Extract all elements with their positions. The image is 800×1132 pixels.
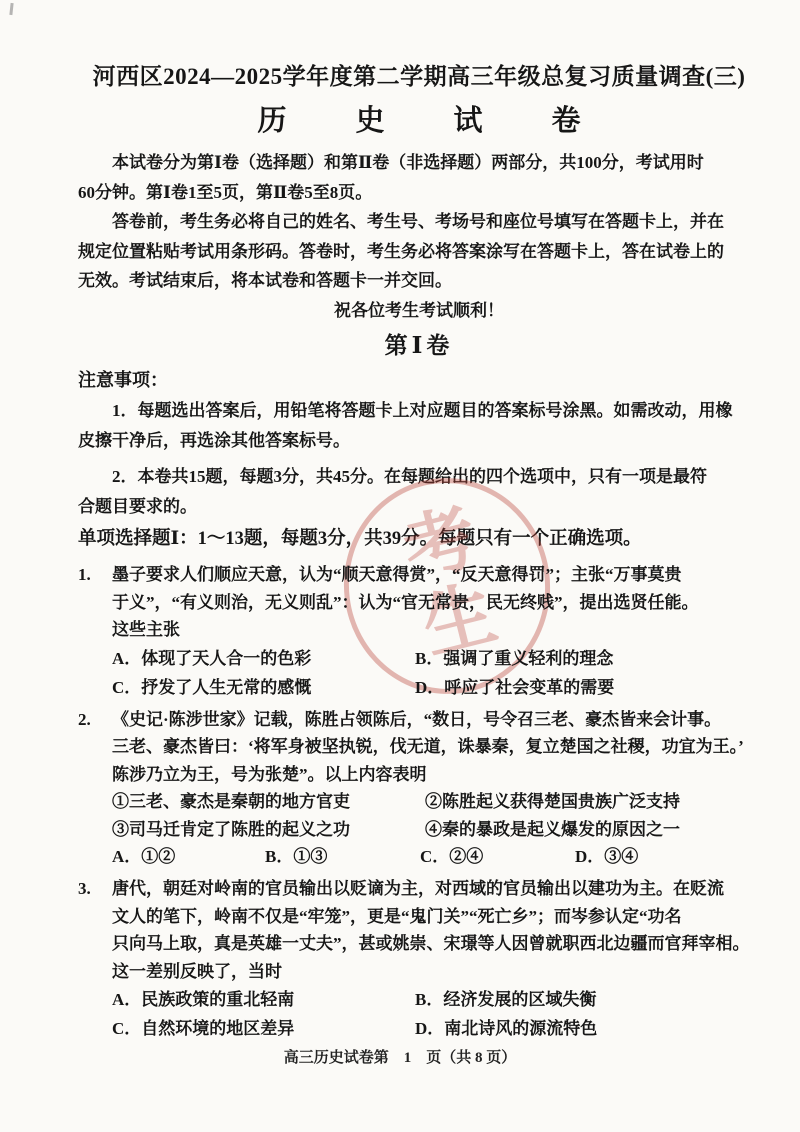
question-3: 3. 唐代，朝廷对岭南的官员输出以贬谪为主，对西域的官员输出以建功为主。在贬流 … [78,875,760,1043]
volume-one-heading: 第Ⅰ卷 [78,328,760,364]
note1-line1: 1．每题选出答案后，用铅笔将答题卡上对应题目的答案标号涂黑。如需改动，用橡 [78,396,760,426]
question-2-option-c: C．②④ [420,843,575,871]
exam-title: 河西区2024—2025学年度第二学期高三年级总复习质量调查(三) [78,58,760,91]
intro-paper-structure-line1: 本试卷分为第Ⅰ卷（选择题）和第Ⅱ卷（非选择题）两部分，共100分，考试用时 [78,148,760,178]
question-1-option-a: A．体现了天人合一的色彩 [112,644,415,673]
question-2-statement-2: ②陈胜起义获得楚国贵族广泛支持 [425,788,760,816]
question-1: 1. 墨子要求人们顺应天意，认为“顺天意得赏”，“反天意得罚”；主张“万事莫贵 … [78,561,760,702]
question-2-statement-1: ①三老、豪杰是秦朝的地方官吏 [112,788,425,816]
question-3-line1: 唐代，朝廷对岭南的官员输出以贬谪为主，对西域的官员输出以建功为主。在贬流 [112,875,760,903]
intro-instructions-line1: 答卷前，考生务必将自己的姓名、考生号、考场号和座位号填写在答题卡上，并在 [78,207,760,237]
question-1-line3: 这些主张 [112,616,760,644]
intro-instructions-line3: 无效。考试结束后，将本试卷和答题卡一并交回。 [78,266,760,296]
question-3-option-a: A．民族政策的重北轻南 [112,985,415,1014]
question-1-option-c: C．抒发了人生无常的感慨 [112,673,415,702]
notes-heading: 注意事项： [78,364,760,396]
note1-line2: 皮擦干净后，再选涂其他答案标号。 [78,426,760,456]
question-2: 2. 《史记·陈涉世家》记载，陈胜占领陈后，“数日，号令召三老、豪杰皆来会计事。… [78,706,760,872]
page-footer: 高三历史试卷第 1 页（共 8 页） [0,1046,800,1067]
question-2-line1: 《史记·陈涉世家》记载，陈胜占领陈后，“数日，号令召三老、豪杰皆来会计事。 [112,706,760,734]
question-3-line2: 文人的笔下，岭南不仅是“牢笼”，更是“鬼门关”“死亡乡”；而岑参认定“功名 [112,903,760,931]
question-3-option-b: B．经济发展的区域失衡 [415,985,760,1014]
question-1-line2: 于义”，“有义则治，无义则乱”：认为“官无常贵，民无终贱”，提出选贤任能。 [112,589,760,617]
question-1-option-b: B．强调了重义轻利的理念 [415,644,760,673]
question-2-statement-4: ④秦的暴政是起义爆发的原因之一 [425,816,760,844]
question-1-line1: 墨子要求人们顺应天意，认为“顺天意得赏”，“反天意得罚”；主张“万事莫贵 [112,561,760,589]
question-2-option-b: B．①③ [265,843,420,871]
question-2-number: 2. [78,706,91,734]
question-3-line4: 这一差别反映了，当时 [112,958,760,986]
exam-paper-page: 考生 河西区2024—2025学年度第二学期高三年级总复习质量调查(三) 历 史… [0,0,800,1132]
question-2-option-d: D．③④ [575,843,760,871]
question-3-option-c: C．自然环境的地区差异 [112,1014,415,1043]
single-choice-section-instruction: 单项选择题Ⅰ：1～13题，每题3分，共39分。每题只有一个正确选项。 [78,521,760,557]
note2-line1: 2．本卷共15题，每题3分，共45分。在每题给出的四个选项中，只有一项是最符 [78,462,760,492]
question-3-number: 3. [78,875,91,903]
intro-instructions-line2: 规定位置粘贴考试用条形码。答卷时，考生务必将答案涂写在答题卡上，答在试卷上的 [78,237,760,267]
question-3-option-d: D．南北诗风的源流特色 [415,1014,760,1043]
scan-artifact-mark [9,3,13,15]
intro-paper-structure-line2: 60分钟。第Ⅰ卷1至5页，第Ⅱ卷5至8页。 [78,178,760,208]
question-2-statement-3: ③司马迁肯定了陈胜的起义之功 [112,816,425,844]
good-luck-message: 祝各位考生考试顺利！ [78,296,760,326]
question-2-line3: 陈涉乃立为王，号为张楚”。以上内容表明 [112,761,760,789]
question-2-option-a: A．①② [112,843,265,871]
note2-line2: 合题目要求的。 [78,492,760,522]
subject-title: 历 史 试 卷 [78,98,760,139]
question-1-number: 1. [78,561,91,589]
question-3-line3: 只向马上取，真是英雄一丈夫”，甚或姚崇、宋璟等人因曾就职西北边疆而官拜宰相。 [112,930,760,958]
question-1-option-d: D．呼应了社会变革的需要 [415,673,760,702]
question-2-line2: 三老、豪杰皆曰：‘将军身被坚执锐，伐无道，诛暴秦，复立楚国之社稷，功宜为王。’ [112,733,760,761]
